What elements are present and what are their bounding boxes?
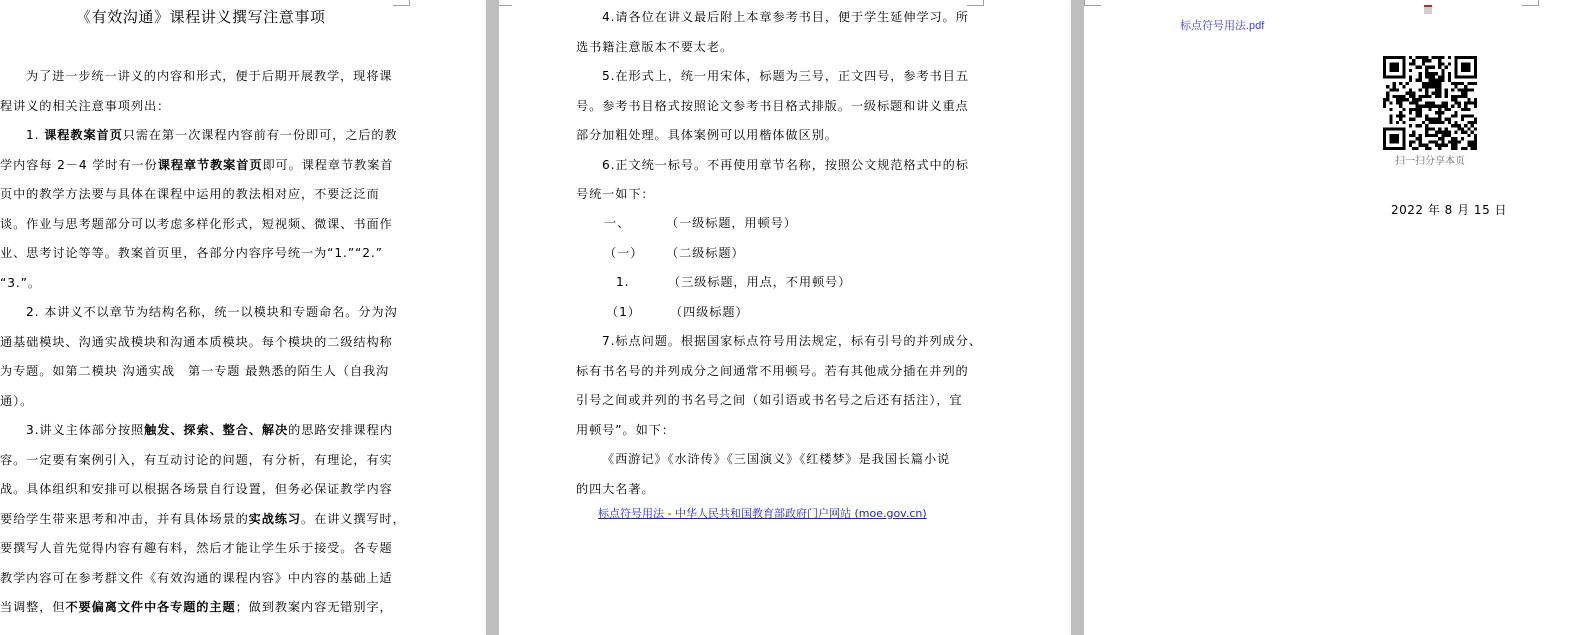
text-segment: 程讲义的相关注意事项列出： [0,99,170,113]
text-line: 教学内容可在参考群文件《有效沟通的课程内容》中内容的基础上适 [0,564,406,594]
page-corner-mark [1522,0,1539,6]
text-line: 5.在形式上，统一用宋体，标题为三号，正文四号，参考书目五 [576,62,969,92]
text-line: 业、思考讨论等等。教案首页里，各部分内容序号统一为“1.”“2.” [0,239,406,269]
text-segment: 谈。作业与思考题部分可以考虑多样化形式，短视频、微课、书面作 [0,217,393,231]
text-segment: 引号之间或并列的书名号之间（如引语或书名号之后还有括注），宜 [576,393,963,407]
text-line: 1. 课程教案首页只需在第一次课程内容前有一份即可，之后的教 [0,121,406,151]
text-segment: “3.”。 [0,276,41,290]
text-segment: 选书籍注意版本不要太老。 [576,40,733,54]
text-segment: ；做到教案内容无错别字， [236,600,393,614]
text-line: 要撰写人首先觉得内容有趣有料，然后才能让学生乐于接受。各专题 [0,534,406,564]
text-segment: 部分加粗处理。具体案例可以用楷体做区别。 [576,128,838,142]
text-segment: 7.标点问题。根据国家标点符号用法规定，标有引号的并列成分、 [602,334,982,348]
bold-text: 触发、探索、整合、解决 [144,423,288,437]
page-corner-mark [499,0,512,6]
text-segment: 号。参考书目格式按照论文参考书目格式排版。一级标题和讲义重点 [576,99,969,113]
heading-description: （二级标题） [666,239,745,269]
text-line: “3.”。 [0,269,406,299]
heading-level-row: （一）（二级标题） [576,239,976,269]
text-line: 《西游记》《水浒传》《三国演义》《红楼梦》是我国长篇小说 [576,445,982,475]
text-line: 选书籍注意版本不要太老。 [576,33,969,63]
text-segment: 只需在第一次课程内容前有一份即可，之后的教 [123,128,398,142]
heading-marker: （1） [606,298,641,328]
text-segment: 通）。 [0,394,33,408]
text-segment: 战。具体组织和安排可以根据各场景自行设置，但务必保证教学内容 [0,482,393,496]
bold-text: 课程教案首页 [44,128,123,142]
page-2-body-top: 4.请各位在讲义最后附上本章参考书目，便于学生延伸学习。所选书籍注意版本不要太老… [576,3,969,210]
text-line: 谈。作业与思考题部分可以考虑多样化形式，短视频、微课、书面作 [0,210,406,240]
text-line: 为了进一步统一讲义的内容和形式，便于后期开展教学，现将课 [0,62,406,92]
heading-description: （三级标题，用点，不用顿号） [668,268,851,298]
pdf-file-icon[interactable] [1424,5,1432,14]
text-segment: 6.正文统一标号。不再使用章节名称，按照公文规范格式中的标 [602,158,969,172]
page-corner-mark [1084,0,1101,6]
text-segment: 教学内容可在参考群文件《有效沟通的课程内容》中内容的基础上适 [0,571,393,585]
text-segment: 4.请各位在讲义最后附上本章参考书目，便于学生延伸学习。所 [602,10,969,24]
text-segment: 页中的教学方法要与具体在课程中运用的教法相对应，不要泛泛而 [0,187,380,201]
text-line: 为专题。如第二模块 沟通实战 第一专题 最熟悉的陌生人（自我沟 [0,357,406,387]
text-line: 用顿号”。如下： [576,416,982,446]
text-segment: 通基础模块、沟通实战模块和沟通本质模块。每个模块的二级结构称 [0,335,393,349]
page-gutter [1071,0,1084,635]
text-segment: 容。一定要有案例引入，有互动讨论的问题，有分析，有理论，有实 [0,453,393,467]
text-line: 号统一如下： [576,180,969,210]
text-line: 2. 本讲义不以章节为结构名称，统一以模块和专题命名。分为沟 [0,298,406,328]
text-line: 标有书名号的并列成分之间通常不用顿号。若有其他成分插在并列的 [576,357,982,387]
page-corner-mark [393,0,410,6]
text-segment: 《西游记》《水浒传》《三国演义》《红楼梦》是我国长篇小说 [602,452,950,466]
page-1-body: 为了进一步统一讲义的内容和形式，便于后期开展教学，现将课程讲义的相关注意事项列出… [0,62,406,623]
text-segment: 2. 本讲义不以章节为结构名称，统一以模块和专题命名。分为沟 [26,305,398,319]
text-line: 当调整，但不要偏离文件中各专题的主题；做到教案内容无错别字， [0,593,406,623]
text-line: 容。一定要有案例引入，有互动讨论的问题，有分析，有理论，有实 [0,446,406,476]
text-segment: 标有书名号的并列成分之间通常不用顿号。若有其他成分插在并列的 [576,364,969,378]
text-segment: 为专题。如第二模块 沟通实战 第一专题 最熟悉的陌生人（自我沟 [0,364,389,378]
text-segment: 业、思考讨论等等。教案首页里，各部分内容序号统一为“1.”“2.” [0,246,383,260]
text-segment: 。在讲义撰写时， [301,512,406,526]
text-segment: 学内容每 2－4 学时有一份 [0,158,158,172]
text-line: 6.正文统一标号。不再使用章节名称，按照公文规范格式中的标 [576,151,969,181]
heading-marker: （一） [604,239,643,269]
text-line: 部分加粗处理。具体案例可以用楷体做区别。 [576,121,969,151]
heading-level-row: （1）（四级标题） [576,298,976,328]
text-segment: 要给学生带来思考和冲击，并有具体场景的 [0,512,249,526]
text-line: 7.标点问题。根据国家标点符号用法规定，标有引号的并列成分、 [576,327,982,357]
heading-level-row: 1.（三级标题，用点，不用顿号） [576,268,976,298]
text-line: 页中的教学方法要与具体在课程中运用的教法相对应，不要泛泛而 [0,180,406,210]
text-segment: 当调整，但 [0,600,65,614]
text-line: 3.讲义主体部分按照触发、探索、整合、解决的思路安排课程内 [0,416,406,446]
text-segment: 的四大名著。 [576,482,655,496]
qr-caption: 扫一扫分享本页 [1383,152,1477,167]
document-page-2: 4.请各位在讲义最后附上本章参考书目，便于学生延伸学习。所选书籍注意版本不要太老… [499,0,1071,635]
heading-marker: 一、 [604,209,630,239]
attachment-link[interactable]: 标点符号用法.pdf [1180,17,1264,33]
document-page-3: 标点符号用法.pdf 扫一扫分享本页 2022 年 8 月 15 日 [1084,0,1594,635]
qr-code-icon [1383,56,1477,150]
document-page-1: 《有效沟通》课程讲义撰写注意事项 为了进一步统一讲义的内容和形式，便于后期开展教… [0,0,486,635]
text-line: 要给学生带来思考和冲击，并有具体场景的实战练习。在讲义撰写时， [0,505,406,535]
page-gutter [486,0,499,635]
bold-text: 实战练习 [249,512,301,526]
text-segment: 3.讲义主体部分按照 [26,423,144,437]
document-title: 《有效沟通》课程讲义撰写注意事项 [76,6,326,27]
bold-text: 课程章节教案首页 [158,158,263,172]
heading-description: （一级标题，用顿号） [666,209,797,239]
text-line: 的四大名著。 [576,475,982,505]
text-line: 通）。 [0,387,406,417]
reference-link[interactable]: 标点符号用法 - 中华人民共和国教育部政府门户网站 (moe.gov.cn) [598,505,927,521]
text-line: 号。参考书目格式按照论文参考书目格式排版。一级标题和讲义重点 [576,92,969,122]
page-2-body-bottom: 7.标点问题。根据国家标点符号用法规定，标有引号的并列成分、标有书名号的并列成分… [576,327,982,504]
text-segment: 为了进一步统一讲义的内容和形式，便于后期开展教学，现将课 [26,69,392,83]
heading-marker: 1. [616,268,629,298]
text-line: 程讲义的相关注意事项列出： [0,92,406,122]
text-segment: 5.在形式上，统一用宋体，标题为三号，正文四号，参考书目五 [602,69,969,83]
text-segment: 的思路安排课程内 [288,423,393,437]
text-segment: 号统一如下： [576,187,655,201]
heading-levels-list: 一、（一级标题，用顿号）（一）（二级标题）1.（三级标题，用点，不用顿号）（1）… [576,209,976,327]
bold-text: 不要偏离文件中各专题的主题 [65,600,235,614]
text-line: 战。具体组织和安排可以根据各场景自行设置，但务必保证教学内容 [0,475,406,505]
text-segment: 要撰写人首先觉得内容有趣有料，然后才能让学生乐于接受。各专题 [0,541,393,555]
text-line: 学内容每 2－4 学时有一份课程章节教案首页即可。课程章节教案首 [0,151,406,181]
text-segment: 1. [26,128,44,142]
heading-description: （四级标题） [670,298,749,328]
document-date: 2022 年 8 月 15 日 [1391,201,1507,218]
page-corner-mark [967,0,984,6]
heading-level-row: 一、（一级标题，用顿号） [576,209,976,239]
text-line: 4.请各位在讲义最后附上本章参考书目，便于学生延伸学习。所 [576,3,969,33]
text-line: 通基础模块、沟通实战模块和沟通本质模块。每个模块的二级结构称 [0,328,406,358]
text-segment: 用顿号”。如下： [576,423,675,437]
text-segment: 即可。课程章节教案首 [262,158,393,172]
text-line: 引号之间或并列的书名号之间（如引语或书名号之后还有括注），宜 [576,386,982,416]
